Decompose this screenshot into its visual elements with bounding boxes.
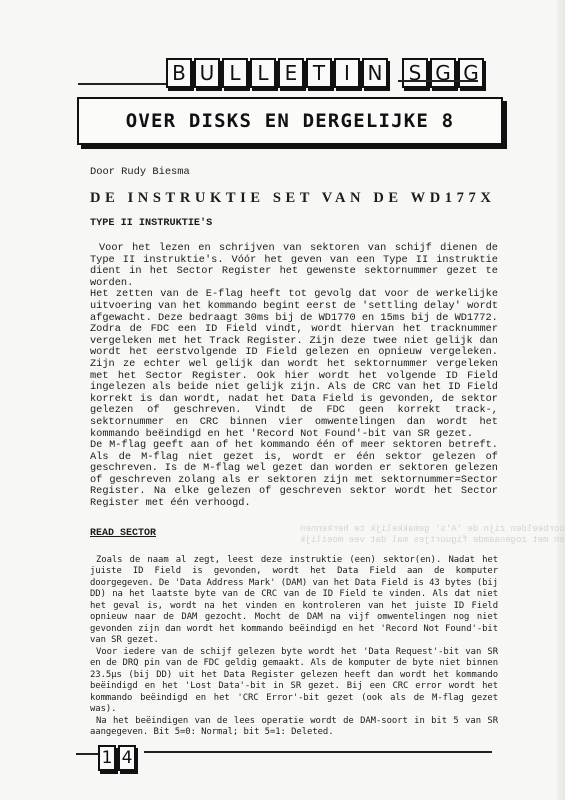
paragraph: Na het beëindigen van de lees operatie w… xyxy=(90,716,498,739)
logo-tile: E xyxy=(278,58,304,88)
logo-tile: L xyxy=(250,58,276,88)
paragraph: Voor het lezen en schrijven van sektoren… xyxy=(90,243,498,289)
page-number-digit: 4 xyxy=(118,745,136,771)
bulletin-logo: B U L L E T I N S G G xyxy=(166,58,484,88)
logo-tile: I xyxy=(334,58,360,88)
footer-rule-right xyxy=(144,751,492,753)
page-number: 1 4 xyxy=(98,745,136,771)
logo-tile: N xyxy=(362,58,388,88)
section-title: DE INSTRUKTIE SET VAN DE WD177X xyxy=(90,190,498,207)
paragraph: De M-flag geeft aan of het kommando één … xyxy=(90,440,498,510)
read-sector-heading: READ SECTOR xyxy=(90,528,498,539)
article-title-box: OVER DISKS EN DERGELIJKE 8 xyxy=(77,97,503,145)
logo-tile: L xyxy=(222,58,248,88)
masthead: B U L L E T I N S G G xyxy=(78,58,498,98)
logo-tile: U xyxy=(194,58,220,88)
article-title: OVER DISKS EN DERGELIJKE 8 xyxy=(126,110,455,132)
logo-tile: B xyxy=(166,58,192,88)
logo-tile: T xyxy=(306,58,332,88)
logo-tile: G xyxy=(458,58,484,88)
paragraph: Het zetten van de E-flag heeft tot gevol… xyxy=(90,289,498,324)
author-byline: Door Rudy Biesma xyxy=(90,166,498,178)
paragraph: Zoals de naam al zegt, leest deze instru… xyxy=(90,555,498,647)
masthead-rule-right xyxy=(398,80,478,82)
logo-tile: G xyxy=(430,58,456,88)
page-footer: 1 4 xyxy=(76,745,496,779)
logo-tile: S xyxy=(402,58,428,88)
paragraph: Voor iedere van de schijf gelezen byte w… xyxy=(90,647,498,716)
page-edge xyxy=(557,0,565,800)
subsection-title: TYPE II INSTRUKTIE'S xyxy=(90,218,498,229)
masthead-rule-left xyxy=(78,83,168,85)
page-number-digit: 1 xyxy=(98,745,116,771)
footer-rule-left xyxy=(76,753,98,755)
paragraph: Zodra de FDC een ID Field vindt, wordt h… xyxy=(90,324,498,440)
article-body: Door Rudy Biesma DE INSTRUKTIE SET VAN D… xyxy=(90,166,498,739)
